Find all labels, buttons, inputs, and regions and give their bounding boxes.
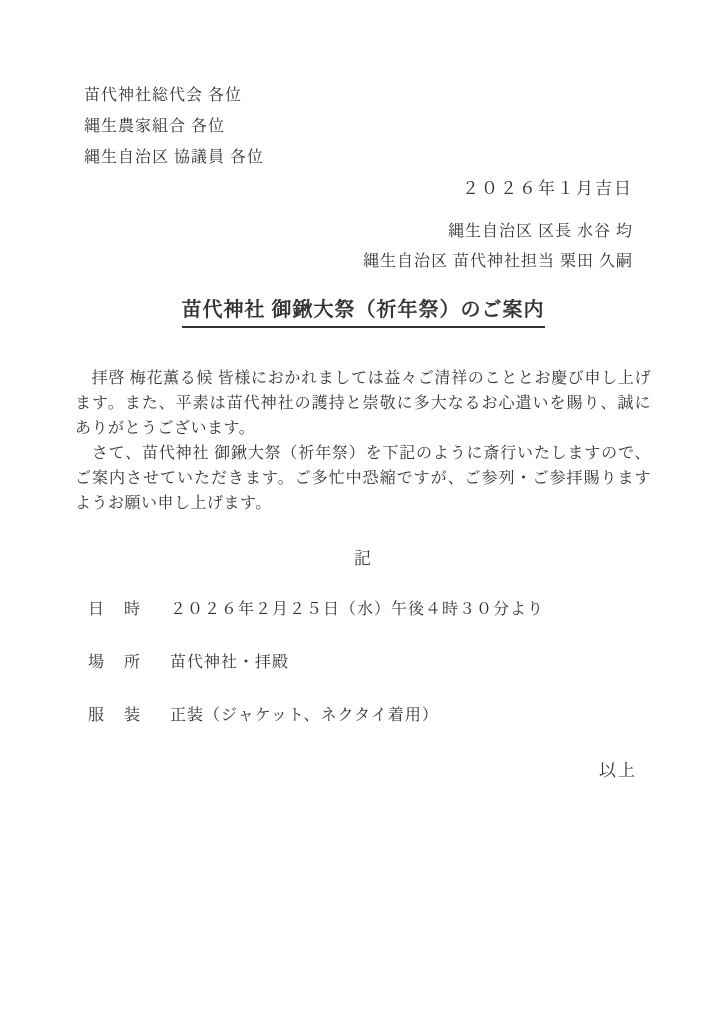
detail-value: 苗代神社・拝殿	[170, 652, 289, 674]
event-details: 日 時 ２０２６年２月２５日（水）午後４時３０分より 場 所 苗代神社・拝殿 服…	[88, 599, 651, 727]
detail-value: 正装（ジャケット、ネクタイ着用）	[170, 705, 439, 727]
detail-label: 場 所	[88, 652, 142, 674]
sender-line: 縄生自治区 区長 水谷 均	[75, 217, 633, 247]
document-title: 苗代神社 御鍬大祭（祈年祭）のご案内	[75, 295, 651, 328]
letter-body: 拝啓 梅花薫る候 皆様におかれましては益々ご清祥のこととお慶び申し上げます。また…	[75, 366, 651, 516]
recipient-line: 苗代神社総代会 各位	[84, 80, 651, 111]
recipient-block: 苗代神社総代会 各位 縄生農家組合 各位 縄生自治区 協議員 各位	[84, 80, 651, 173]
body-paragraph: 拝啓 梅花薫る候 皆様におかれましては益々ご清祥のこととお慶び申し上げます。また…	[75, 366, 651, 441]
recipient-line: 縄生農家組合 各位	[84, 111, 651, 142]
detail-label: 服 装	[88, 705, 142, 727]
detail-label: 日 時	[88, 599, 142, 621]
detail-row-place: 場 所 苗代神社・拝殿	[88, 652, 651, 674]
detail-row-dresscode: 服 装 正装（ジャケット、ネクタイ着用）	[88, 705, 651, 727]
detail-row-datetime: 日 時 ２０２６年２月２５日（水）午後４時３０分より	[88, 599, 651, 621]
record-marker: 記	[75, 546, 651, 571]
letter-page: 苗代神社総代会 各位 縄生農家組合 各位 縄生自治区 協議員 各位 ２０２６年１…	[0, 0, 724, 1024]
closing-marker: 以上	[75, 758, 651, 783]
body-paragraph: さて、苗代神社 御鍬大祭（祈年祭）を下記のように斎行いたしますので、ご案内させて…	[75, 441, 651, 516]
detail-value: ２０２６年２月２５日（水）午後４時３０分より	[170, 599, 544, 621]
document-title-text: 苗代神社 御鍬大祭（祈年祭）のご案内	[182, 295, 545, 328]
issue-date: ２０２６年１月吉日	[75, 175, 651, 203]
recipient-line: 縄生自治区 協議員 各位	[84, 142, 651, 173]
sender-line: 縄生自治区 苗代神社担当 栗田 久嗣	[75, 247, 633, 277]
sender-block: 縄生自治区 区長 水谷 均 縄生自治区 苗代神社担当 栗田 久嗣	[75, 217, 651, 277]
